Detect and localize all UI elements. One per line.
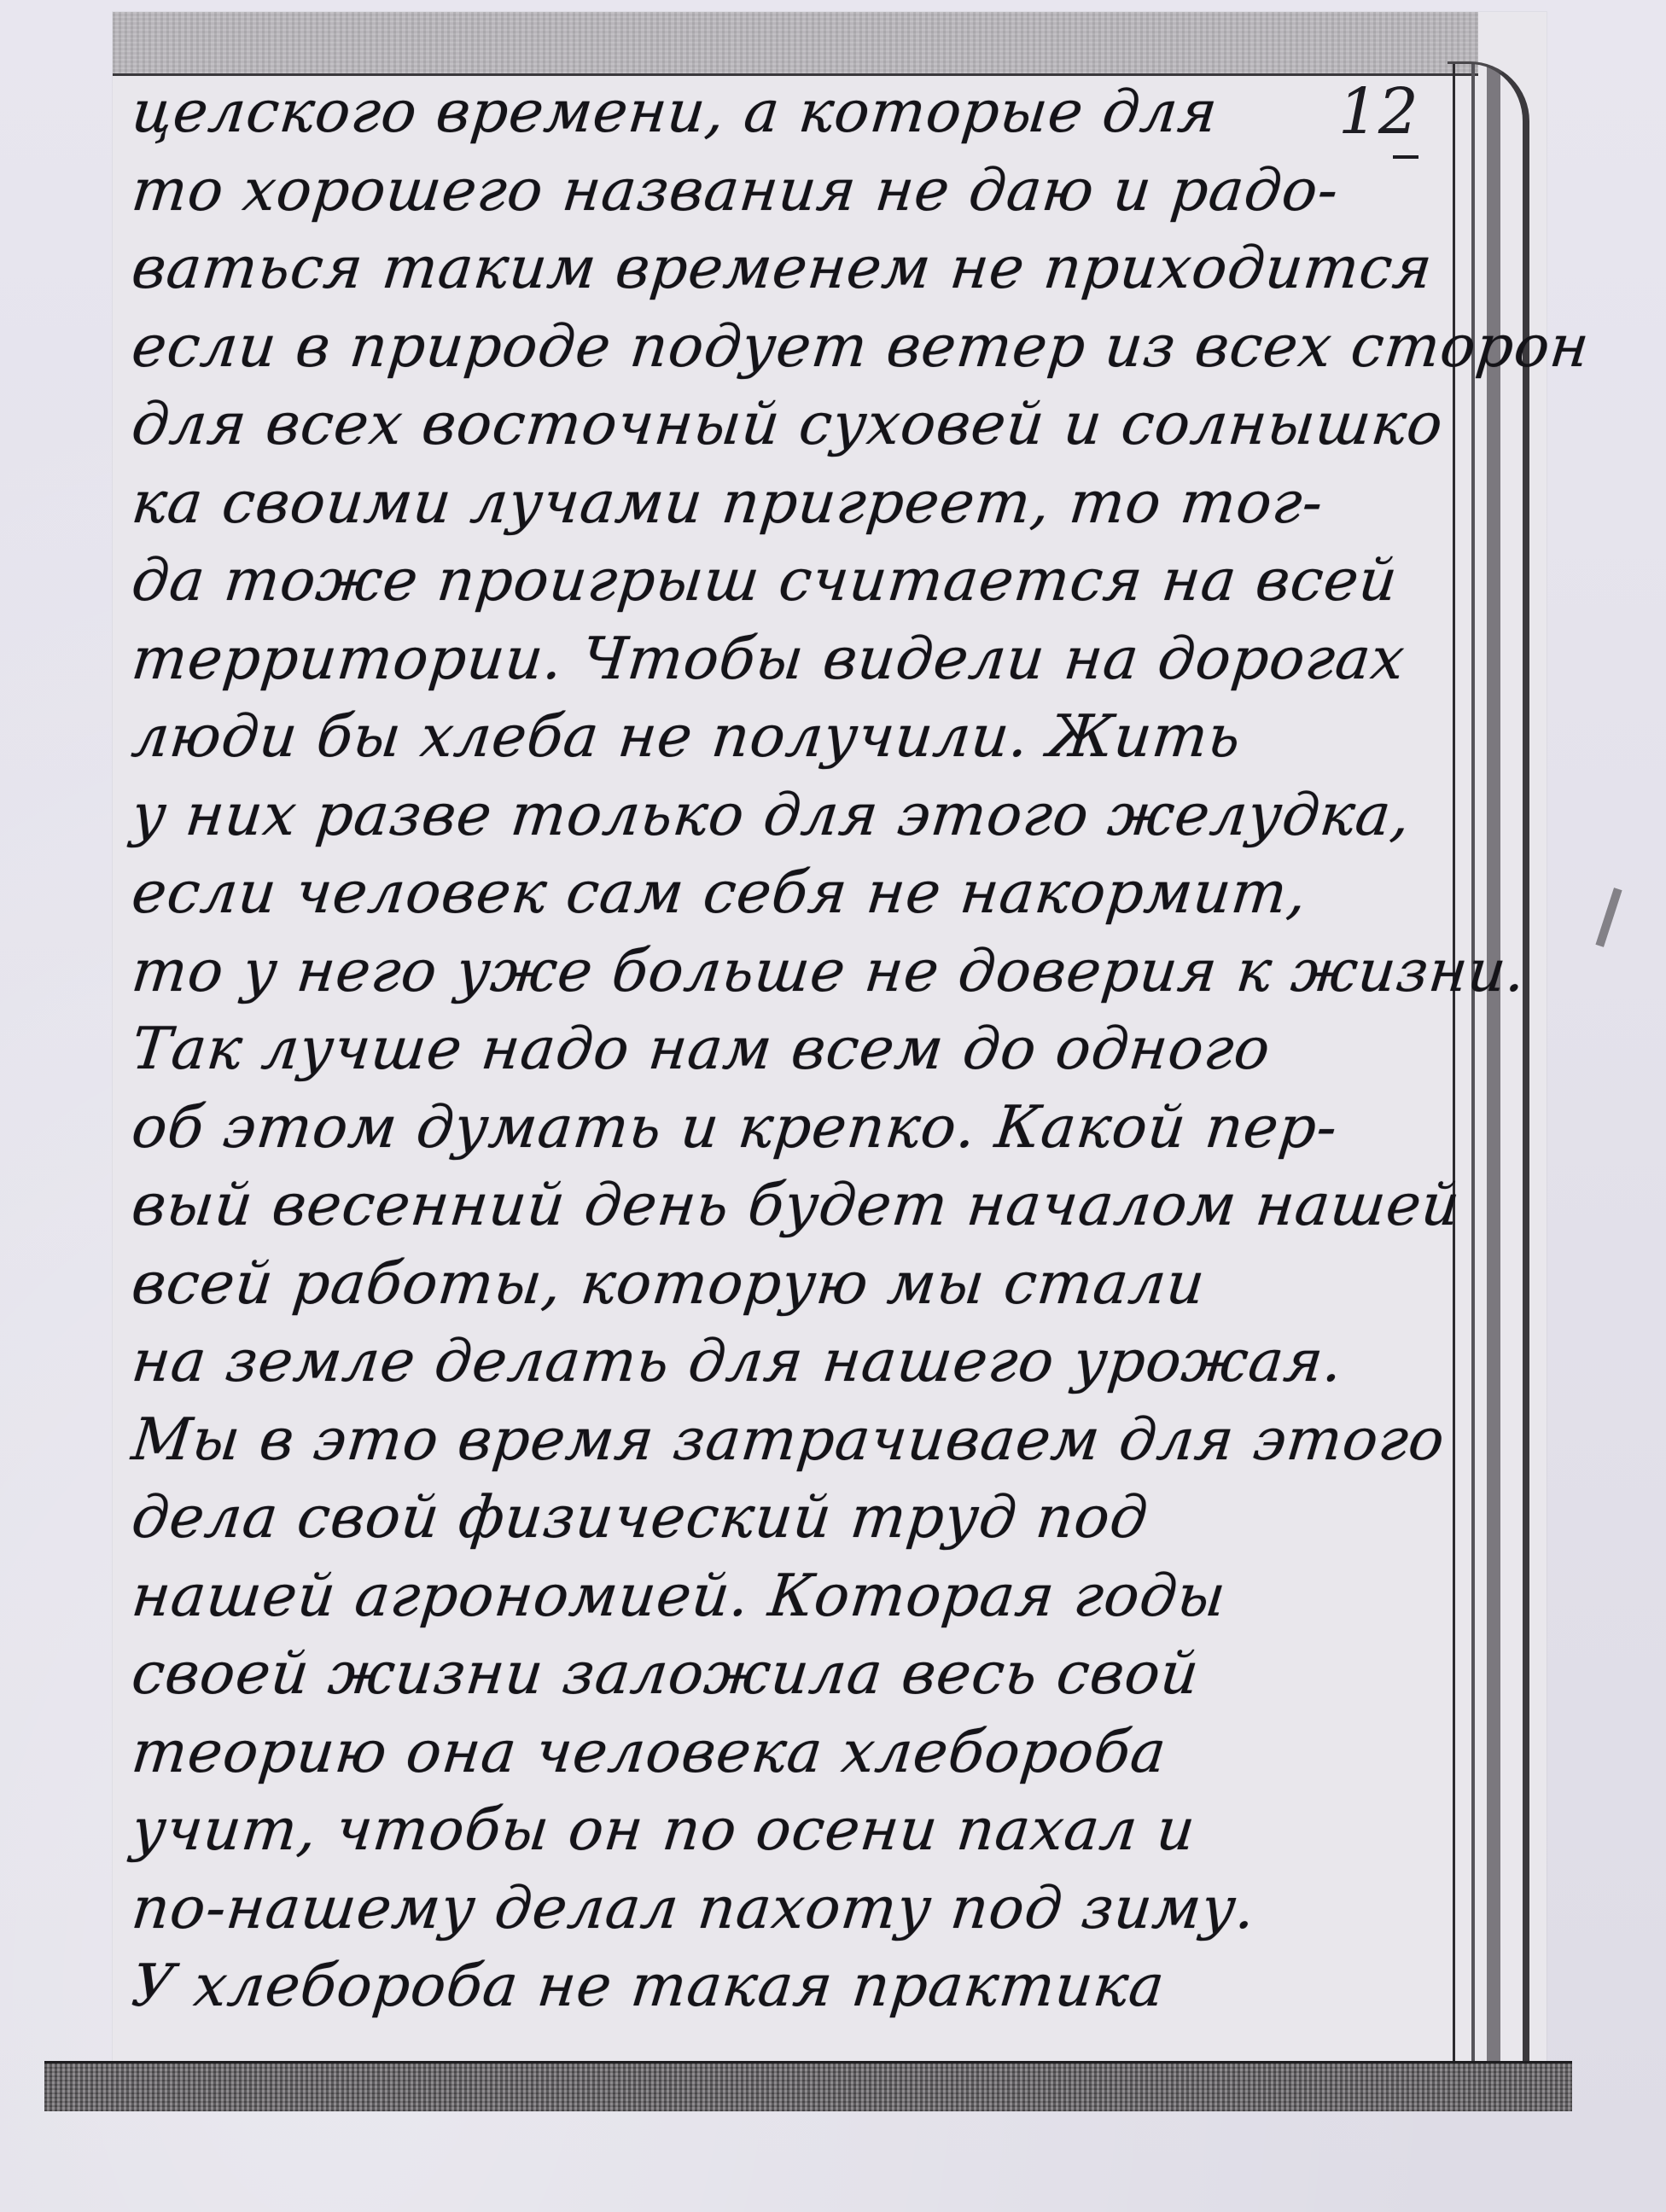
text-line: У хлебороба не такая практика (128, 1947, 1451, 2026)
text-line: целского времени, а которые для (128, 73, 1451, 152)
text-line: ваться таким временем не приходится (128, 230, 1451, 308)
text-line: по-нашему делал пахоту под зиму. (128, 1870, 1451, 1948)
text-line: люди бы хлеба не получили. Жить (128, 698, 1451, 777)
text-line: Так лучше надо нам всем до одного (128, 1010, 1451, 1089)
text-line: всей работы, которую мы стали (128, 1245, 1451, 1324)
text-line: нашей агрономией. Которая годы (128, 1557, 1451, 1636)
text-line: то хорошего названия не даю и радо- (128, 152, 1451, 230)
text-line: теорию она человека хлебороба (128, 1714, 1451, 1792)
text-line: если в природе подует ветер из всех стор… (128, 308, 1451, 387)
text-line: об этом думать и крепко. Какой пер- (128, 1089, 1451, 1167)
handwritten-text-block: целского времени, а которые для то хорош… (128, 73, 1442, 2026)
text-line: если человек сам себя не накормит, (128, 854, 1451, 933)
text-line: своей жизни заложила весь свой (128, 1635, 1451, 1714)
manuscript-page: 12 целского времени, а которые для то хо… (113, 12, 1547, 2111)
text-line: на земле делать для нашего урожая. (128, 1323, 1451, 1401)
text-line: дела свой физический труд под (128, 1479, 1451, 1557)
text-line: у них разве только для этого желудка, (128, 777, 1451, 855)
text-line: вый весенний день будет началом нашей (128, 1167, 1451, 1245)
text-line: ка своими лучами пригреет, то тог- (128, 464, 1451, 543)
text-line: территории. Чтобы видели на дорогах (128, 620, 1451, 699)
photocopy-bottom-border (44, 2061, 1572, 2111)
text-line: учит, чтобы он по осени пахал и (128, 1791, 1451, 1870)
text-line: для всех восточный суховей и солнышко (128, 386, 1451, 464)
photocopy-top-border (113, 12, 1478, 76)
text-line: Мы в это время затрачиваем для этого (128, 1401, 1451, 1480)
text-line: да тоже проигрыш считается на всей (128, 542, 1451, 620)
text-line: то у него уже больше не доверия к жизни. (128, 933, 1451, 1011)
